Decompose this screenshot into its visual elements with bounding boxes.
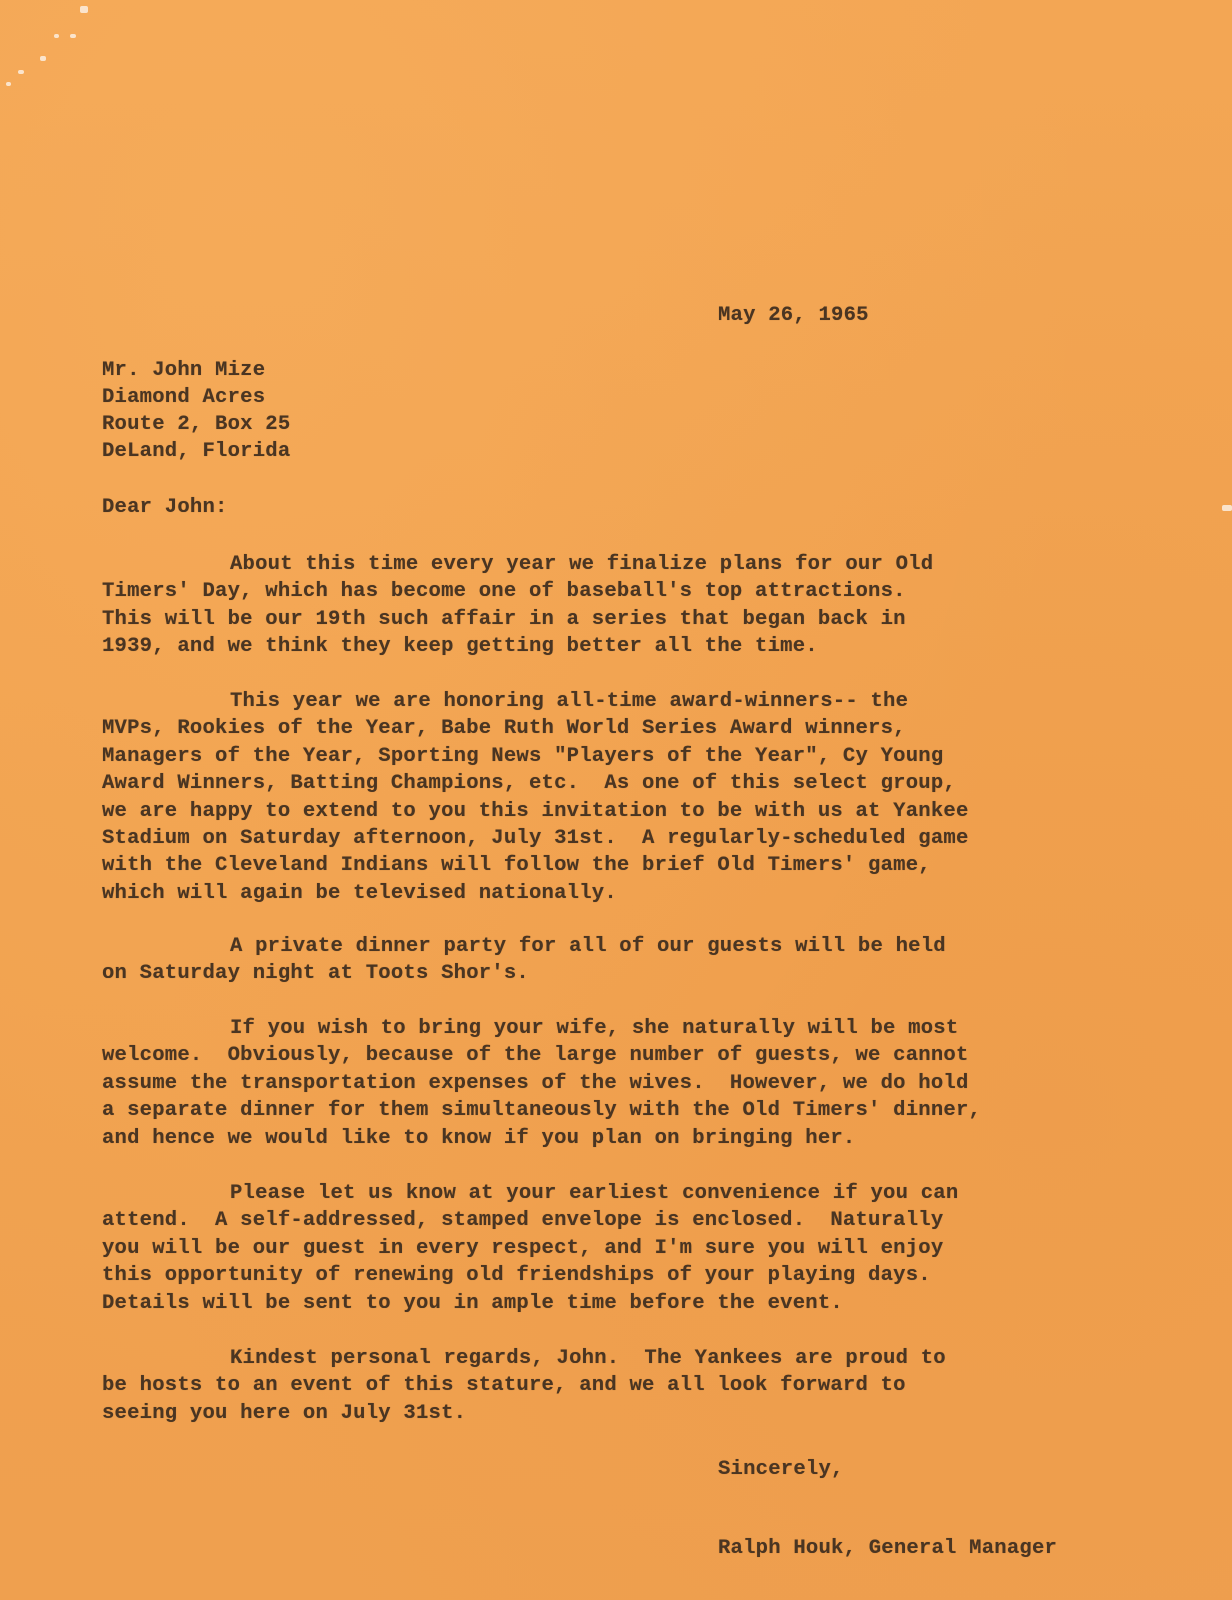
paragraph-line: Timers' Day, which has become one of bas… bbox=[102, 578, 933, 605]
paragraph-line: on Saturday night at Toots Shor's. bbox=[102, 960, 946, 987]
paragraph-line: If you wish to bring your wife, she natu… bbox=[102, 1015, 981, 1042]
paper-chip bbox=[1222, 505, 1232, 511]
paragraph-line: you will be our guest in every respect, … bbox=[102, 1235, 958, 1262]
paper-chip bbox=[40, 56, 46, 61]
paragraph-line: Award Winners, Batting Champions, etc. A… bbox=[102, 770, 969, 797]
paragraph-line: This will be our 19th such affair in a s… bbox=[102, 606, 933, 633]
paragraph-4: If you wish to bring your wife, she natu… bbox=[102, 1015, 981, 1152]
paragraph-line: Managers of the Year, Sporting News "Pla… bbox=[102, 743, 969, 770]
paragraph-line: seeing you here on July 31st. bbox=[102, 1400, 946, 1427]
paragraph-line: attend. A self-addressed, stamped envelo… bbox=[102, 1207, 958, 1234]
paper-chip bbox=[80, 6, 88, 13]
paper-chip bbox=[54, 34, 59, 38]
paper-chip bbox=[18, 70, 24, 74]
paragraph-line: a separate dinner for them simultaneousl… bbox=[102, 1097, 981, 1124]
signature-block: Ralph Houk, General Manager bbox=[718, 1535, 1057, 1562]
paragraph-line: we are happy to extend to you this invit… bbox=[102, 798, 969, 825]
paragraph-5: Please let us know at your earliest conv… bbox=[102, 1180, 958, 1317]
paragraph-line: 1939, and we think they keep getting bet… bbox=[102, 633, 933, 660]
paragraph-3: A private dinner party for all of our gu… bbox=[102, 933, 946, 988]
letter-date: May 26, 1965 bbox=[718, 302, 869, 329]
paragraph-line: and hence we would like to know if you p… bbox=[102, 1125, 981, 1152]
letter-page: May 26, 1965 Mr. John Mize Diamond Acres… bbox=[0, 0, 1232, 1600]
recipient-name: Mr. John Mize bbox=[102, 357, 265, 384]
recipient-address-line2: Route 2, Box 25 bbox=[102, 411, 290, 438]
recipient-address-line3: DeLand, Florida bbox=[102, 438, 290, 465]
paragraph-6: Kindest personal regards, John. The Yank… bbox=[102, 1345, 946, 1427]
paragraph-line: welcome. Obviously, because of the large… bbox=[102, 1042, 981, 1069]
paragraph-line: with the Cleveland Indians will follow t… bbox=[102, 852, 969, 879]
paragraph-line: this opportunity of renewing old friends… bbox=[102, 1262, 958, 1289]
recipient-address-line1: Diamond Acres bbox=[102, 384, 265, 411]
closing: Sincerely, bbox=[718, 1456, 844, 1483]
paragraph-line: A private dinner party for all of our gu… bbox=[102, 933, 946, 960]
paragraph-line: assume the transportation expenses of th… bbox=[102, 1070, 981, 1097]
paragraph-line: This year we are honoring all-time award… bbox=[102, 688, 969, 715]
paragraph-line: MVPs, Rookies of the Year, Babe Ruth Wor… bbox=[102, 715, 969, 742]
paragraph-1: About this time every year we finalize p… bbox=[102, 551, 933, 661]
paragraph-2: This year we are honoring all-time award… bbox=[102, 688, 969, 907]
paragraph-line: Kindest personal regards, John. The Yank… bbox=[102, 1345, 946, 1372]
paragraph-line: be hosts to an event of this stature, an… bbox=[102, 1372, 946, 1399]
paragraph-line: Stadium on Saturday afternoon, July 31st… bbox=[102, 825, 969, 852]
paragraph-line: which will again be televised nationally… bbox=[102, 880, 969, 907]
paper-chip bbox=[6, 82, 11, 86]
salutation: Dear John: bbox=[102, 494, 228, 521]
paragraph-line: Please let us know at your earliest conv… bbox=[102, 1180, 958, 1207]
paper-chip bbox=[70, 34, 76, 38]
paragraph-line: About this time every year we finalize p… bbox=[102, 551, 933, 578]
paragraph-line: Details will be sent to you in ample tim… bbox=[102, 1290, 958, 1317]
